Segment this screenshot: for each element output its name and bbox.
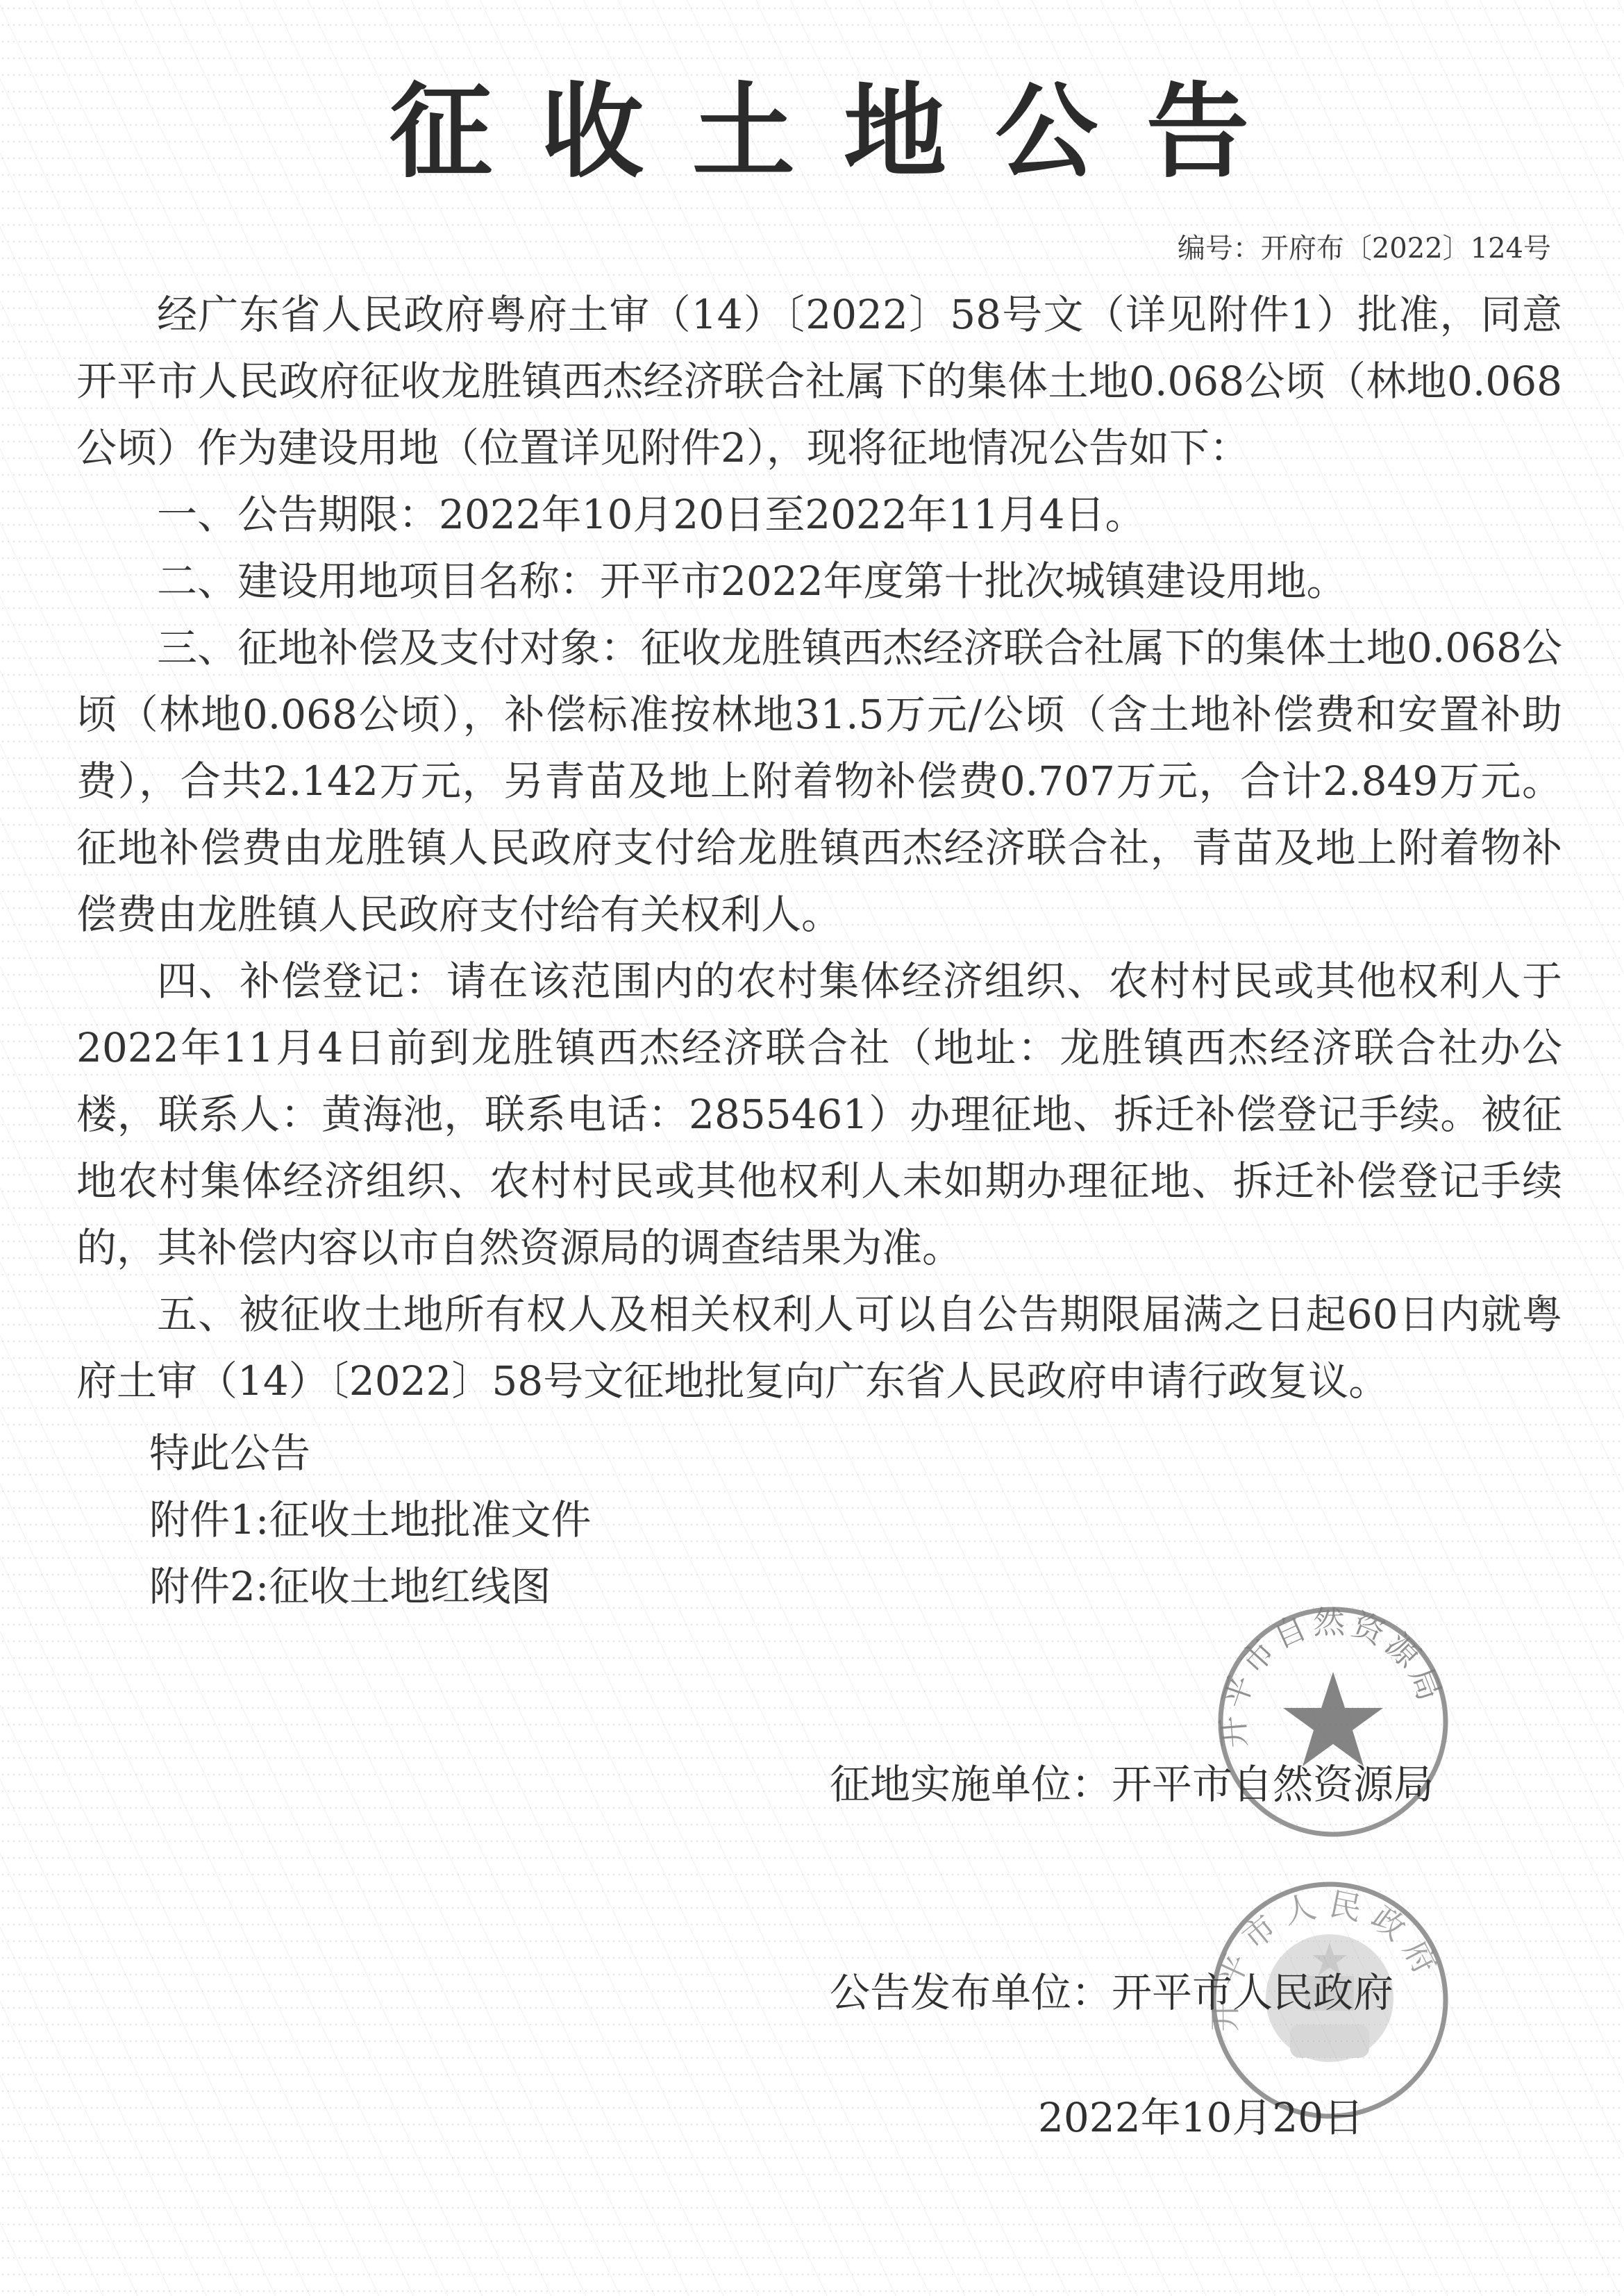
paragraph-review: 五、被征收土地所有权人及相关权利人可以自公告期限届满之日起60日内就粤府土审（1…: [76, 1281, 1562, 1414]
signature-issuing-unit: 公告发布单位：开平市人民政府: [830, 1965, 1393, 2020]
title-char: 土: [692, 73, 796, 191]
issue-date: 2022年10月20日: [1038, 2090, 1364, 2145]
paragraph-compensation: 三、征地补偿及支付对象：征收龙胜镇西杰经济联合社属下的集体土地0.068公顷（林…: [76, 614, 1562, 948]
paragraph-registration: 四、补偿登记：请在该范围内的农村集体经济组织、农村村民或其他权利人于2022年1…: [76, 948, 1562, 1281]
title-char: 征: [389, 73, 493, 191]
notice-body: 经广东省人民政府粤府土审（14）〔2022〕58号文（详见附件1）批准，同意开平…: [76, 281, 1562, 1414]
paragraph-notice-period: 一、公告期限：2022年10月20日至2022年11月4日。: [76, 481, 1562, 548]
attachment-1: 附件1:征收土地批准文件: [149, 1486, 591, 1553]
title-char: 地: [843, 73, 947, 191]
document-number: 编号：开府布〔2022〕124号: [1178, 229, 1551, 268]
signature-implementing-unit: 征地实施单位：开平市自然资源局: [830, 1757, 1434, 1812]
title-char: 告: [1146, 73, 1250, 191]
paragraph-project-name: 二、建设用地项目名称：开平市2022年度第十批次城镇建设用地。: [76, 548, 1562, 614]
closing-statement: 特此公告: [149, 1420, 591, 1486]
attachment-2: 附件2:征收土地红线图: [149, 1553, 591, 1620]
paragraph-intro: 经广东省人民政府粤府土审（14）〔2022〕58号文（详见附件1）批准，同意开平…: [76, 281, 1562, 481]
document-title: 征 收 土 地 公 告: [389, 73, 1250, 191]
closing-block: 特此公告 附件1:征收土地批准文件 附件2:征收土地红线图: [149, 1420, 591, 1620]
star-icon: [1283, 1672, 1383, 1766]
title-char: 收: [540, 73, 644, 191]
title-char: 公: [994, 73, 1098, 191]
